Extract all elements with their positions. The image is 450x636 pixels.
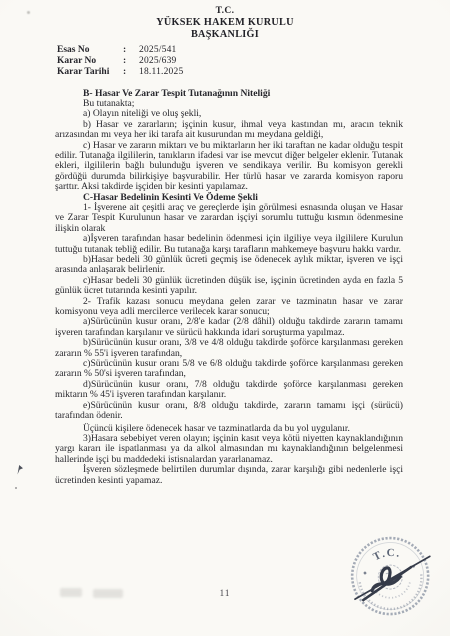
case-meta-block: Esas No : 2025/541 Karar No : 2025/639 K… xyxy=(57,45,450,78)
meta-value: 2025/639 xyxy=(139,56,177,67)
paragraph: b)Hasar bedeli 30 günlük ücreti geçmiş i… xyxy=(55,255,403,276)
meta-label: Esas No xyxy=(57,45,123,56)
ink-mark xyxy=(16,464,24,475)
paragraph: e)Sürücünün kusur oranı, 8/8 olduğu takd… xyxy=(55,401,403,422)
scan-smudge-artifact xyxy=(93,589,123,598)
meta-colon: : xyxy=(123,45,139,56)
paragraph: 1- İşverene ait çeşitli araç ve gereçler… xyxy=(55,203,403,234)
meta-value: 18.11.2025 xyxy=(139,67,183,78)
document-body: B- Hasar Ve Zarar Tespit Tutanağının Nit… xyxy=(55,89,403,486)
meta-colon: : xyxy=(123,67,139,78)
paragraph: d)Sürücünün kusur oranı, 7/8 olduğu takd… xyxy=(55,380,403,401)
meta-row-karar-no: Karar No : 2025/639 xyxy=(57,56,450,67)
scan-speck-artifact xyxy=(27,11,30,14)
paragraph: b) Hasar ve zararların; işçinin kusur, i… xyxy=(55,120,403,141)
paragraph: c) Hasar ve zararın miktarı ve bu miktar… xyxy=(55,141,403,193)
seal-top-text-wrap: T.C. xyxy=(371,545,404,564)
institution-subtitle: BAŞKANLIĞI xyxy=(0,29,450,40)
meta-row-esas-no: Esas No : 2025/541 xyxy=(57,45,450,56)
paragraph: b)Sürücünün kusur oranı, 3/8 ve 4/8 oldu… xyxy=(55,338,403,359)
paragraph: 3)Hasara sebebiyet veren olayın; işçinin… xyxy=(55,434,403,465)
institution-name: YÜKSEK HAKEM KURULU xyxy=(0,17,450,29)
paragraph: c)Sürücünün kusur oranı 5/8 ve 6/8 olduğ… xyxy=(55,359,403,380)
meta-value: 2025/541 xyxy=(139,45,177,56)
paragraph: İşveren sözleşmede belirtilen durumlar d… xyxy=(55,465,403,486)
meta-label: Karar No xyxy=(57,56,123,67)
ink-dot-artifact xyxy=(15,487,17,489)
scan-smudge-artifact xyxy=(60,588,82,597)
republic-abbrev: T.C. xyxy=(0,5,450,17)
paragraph: 2- Trafik kazası sonucu meydana gelen za… xyxy=(55,297,403,318)
official-seal-stamp: T.C. xyxy=(335,526,448,636)
paragraph: a)Sürücünün kusur oranı, 2/8'e kadar (2/… xyxy=(55,317,403,338)
meta-label: Karar Tarihi xyxy=(57,67,123,78)
seal-ornament-dot-left xyxy=(363,571,366,574)
meta-colon: : xyxy=(123,56,139,67)
seal-top-text: T.C. xyxy=(371,545,404,564)
paragraph: c)Hasar bedeli 30 günlük ücretinden düşü… xyxy=(55,276,403,297)
paragraph: a)İşveren tarafından hasar bedelinin öde… xyxy=(55,234,403,255)
document-page: T.C. YÜKSEK HAKEM KURULU BAŞKANLIĞI Esas… xyxy=(0,0,450,636)
document-header: T.C. YÜKSEK HAKEM KURULU BAŞKANLIĞI xyxy=(0,0,450,40)
meta-row-karar-tarihi: Karar Tarihi : 18.11.2025 xyxy=(57,67,450,78)
